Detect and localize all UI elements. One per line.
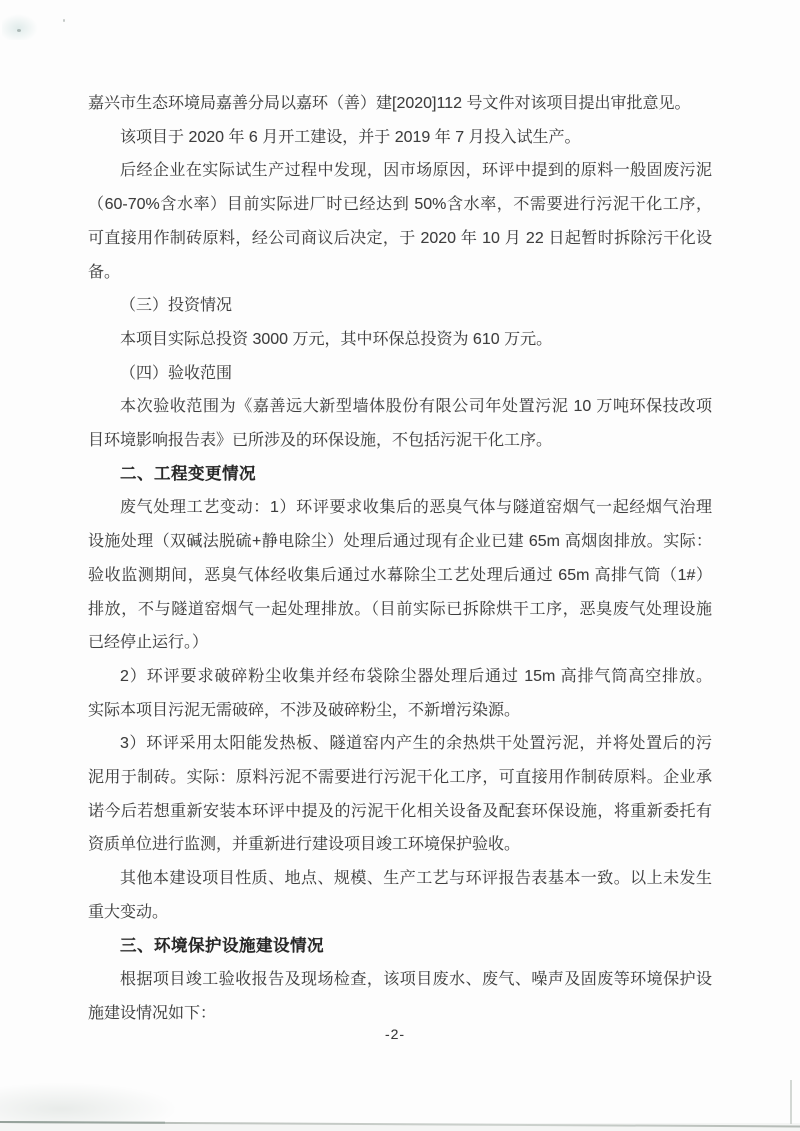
text-line: 废气处理工艺变动：1）环评要求收集后的恶臭气体与隧道窑烟气一起经烟气治理 — [88, 491, 712, 525]
page-number: -2- — [0, 1026, 790, 1042]
text-line: 资质单位进行监测，并重新进行建设项目竣工环境保护验收。 — [88, 828, 712, 862]
subsection-heading-scope: （四）验收范围 — [88, 357, 712, 391]
text-line: 排放，不与隧道窑烟气一起处理排放。（目前实际已拆除烘干工序，恶臭废气处理设施 — [88, 593, 712, 627]
text-line: 实际本项目污泥无需破碎，不涉及破碎粉尘，不新增污染源。 — [88, 694, 712, 728]
text-line: 备。 — [88, 256, 712, 290]
scan-edge-line-dark — [0, 1121, 165, 1124]
subsection-heading-investment: （三）投资情况 — [88, 289, 712, 323]
text-line: 泥用于制砖。实际：原料污泥不需要进行污泥干化工序，可直接用作制砖原料。企业承 — [88, 761, 712, 795]
text-line: 重大变动。 — [88, 896, 712, 930]
scan-speck — [63, 19, 65, 22]
document-page: 嘉兴市生态环境局嘉善分局以嘉环（善）建[2020]112 号文件对该项目提出审批… — [0, 0, 800, 1131]
text-line: 该项目于 2020 年 6 月开工建设，并于 2019 年 7 月投入试生产。 — [88, 121, 712, 155]
scan-speck — [17, 29, 21, 32]
text-line: 根据项目竣工验收报告及现场检查，该项目废水、废气、噪声及固废等环境保护设 — [88, 963, 712, 997]
text-line: 目环境影响报告表》已所涉及的环保设施，不包括污泥干化工序。 — [88, 424, 712, 458]
text-line: 验收监测期间，恶臭气体经收集后通过水幕除尘工艺处理后通过 65m 高排气筒（1#… — [88, 559, 712, 593]
document-body: 嘉兴市生态环境局嘉善分局以嘉环（善）建[2020]112 号文件对该项目提出审批… — [88, 87, 712, 1031]
text-line: 已经停止运行。） — [88, 626, 712, 660]
scan-edge-line-right — [790, 1080, 792, 1124]
section-heading-project-changes: 二、工程变更情况 — [88, 458, 712, 492]
text-line: 可直接用作制砖原料，经公司商议后决定，于 2020 年 10 月 22 日起暂时… — [88, 222, 712, 256]
text-line: 其他本建设项目性质、地点、规模、生产工艺与环评报告表基本一致。以上未发生 — [88, 862, 712, 896]
text-line: 嘉兴市生态环境局嘉善分局以嘉环（善）建[2020]112 号文件对该项目提出审批… — [88, 87, 712, 121]
scan-smudge-bottomleft — [0, 1083, 175, 1123]
text-line: 3）环评采用太阳能发热板、隧道窑内产生的余热烘干处置污泥，并将处置后的污 — [88, 727, 712, 761]
text-line: 诺今后若想重新安装本环评中提及的污泥干化相关设备及配套环保设施，将重新委托有 — [88, 795, 712, 829]
text-line: （60-70%含水率）目前实际进厂时已经达到 50%含水率，不需要进行污泥干化工… — [88, 188, 712, 222]
scan-smudge-topleft — [2, 14, 38, 40]
text-line: 2）环评要求破碎粉尘收集并经布袋除尘器处理后通过 15m 高排气筒高空排放。 — [88, 660, 712, 694]
text-line: 本项目实际总投资 3000 万元，其中环保总投资为 610 万元。 — [88, 323, 712, 357]
text-line: 本次验收范围为《嘉善远大新型墙体股份有限公司年处置污泥 10 万吨环保技改项 — [88, 390, 712, 424]
text-line: 后经企业在实际试生产过程中发现，因市场原因，环评中提到的原料一般固废污泥 — [88, 154, 712, 188]
text-line: 设施处理（双碱法脱硫+静电除尘）处理后通过现有企业已建 65m 高烟囱排放。实际… — [88, 525, 712, 559]
section-heading-environmental-facilities: 三、环境保护设施建设情况 — [88, 930, 712, 964]
